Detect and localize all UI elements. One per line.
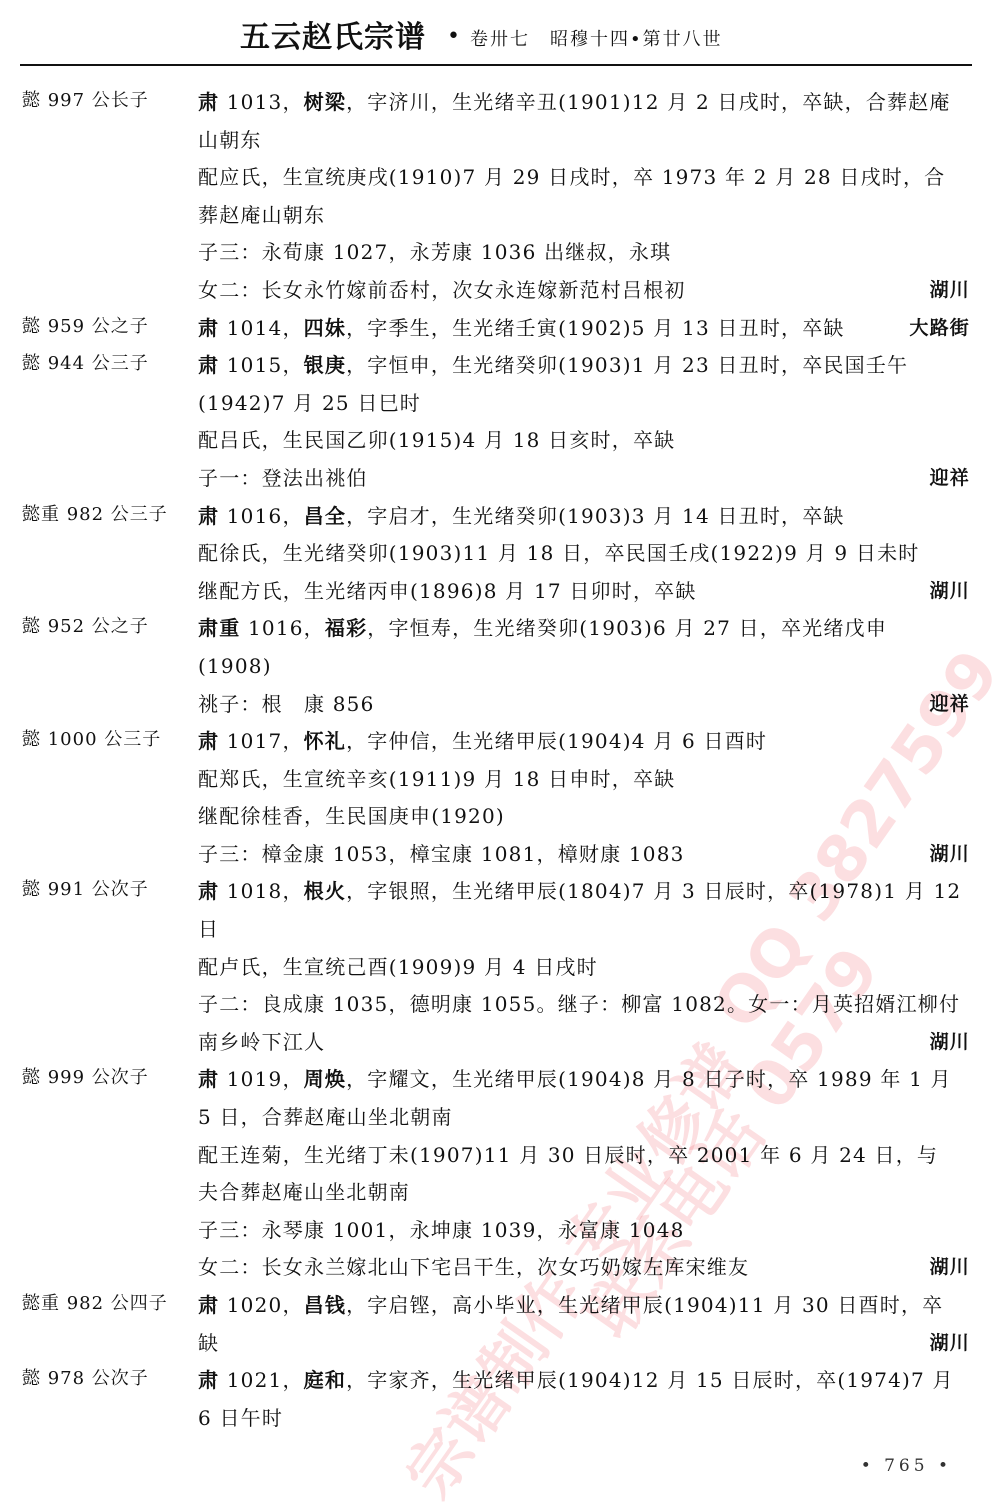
entry-body: 肃 1016，昌全，字启才，生光绪癸卯(1903)3 月 14 日丑时，卒缺配徐… [198,498,970,611]
entry-text: 女二：长女永兰嫁北山下宅吕干生，次女巧奶嫁左库宋维友 [198,1255,749,1279]
entry-text: 肃 1014，四妹，字季生，生光绪壬寅(1902)5 月 13 日丑时，卒缺 [198,316,845,340]
genealogy-entry: 懿 997 公长子肃 1013，树梁，字济川，生光绪辛丑(1901)12 月 2… [0,84,992,310]
location-label: 大路街 [909,310,970,348]
entry-body: 肃重 1016，福彩，字恒寿，生光绪癸卯(1903)6 月 27 日，卒光绪戊申… [198,610,970,723]
entry-line: 南乡岭下江人湖川 [198,1024,970,1062]
page-header: 五云赵氏宗谱 • 卷卅七 昭穆十四•第廿八世 [0,18,992,60]
entry-line: 肃 1016，昌全，字启才，生光绪癸卯(1903)3 月 14 日丑时，卒缺 [198,498,970,536]
entry-line: 配郑氏，生宣统辛亥(1911)9 月 18 日申时，卒缺 [198,761,970,799]
entry-text: (1908) [198,654,272,678]
entry-text: 日 [198,917,219,941]
entry-line: (1942)7 月 25 日巳时 [198,385,970,423]
entry-line: 肃 1017，怀礼，字仲信，生光绪甲辰(1904)4 月 6 日酉时 [198,723,970,761]
entry-text: 继配徐桂香，生民国庚申(1920) [198,804,505,828]
entry-text: 配徐氏，生光绪癸卯(1903)11 月 18 日，卒民国壬戌(1922)9 月 … [198,541,920,565]
entry-line: 肃 1020，昌钱，字启铿，高小毕业，生光绪甲辰(1904)11 月 30 日酉… [198,1287,970,1325]
entry-line: 日 [198,911,970,949]
title-separator: • [447,22,460,52]
entry-line: 6 日午时 [198,1400,970,1438]
entry-text: 5 日，合葬赵庵山坐北朝南 [198,1105,453,1129]
entry-text: 祧子：根 康 856 [198,692,375,716]
entry-text: 肃 1021，庭和，字家齐，生光绪甲辰(1904)12 月 15 日辰时，卒(1… [198,1368,954,1392]
entry-text: 继配方氏，生光绪丙申(1896)8 月 17 日卯时，卒缺 [198,579,697,603]
parent-reference: 懿 1000 公三子 [22,723,182,757]
entry-line: 肃 1013，树梁，字济川，生光绪辛丑(1901)12 月 2 日戌时，卒缺，合… [198,84,970,122]
entry-line: 子三：永荀康 1027，永芳康 1036 出继叔，永琪 [198,234,970,272]
genealogy-entry: 懿 999 公次子肃 1019，周焕，字耀文，生光绪甲辰(1904)8 月 8 … [0,1061,992,1287]
volume-subtitle: 卷卅七 昭穆十四•第廿八世 [470,26,723,54]
entry-line: 5 日，合葬赵庵山坐北朝南 [198,1099,970,1137]
entry-body: 肃 1014，四妹，字季生，生光绪壬寅(1902)5 月 13 日丑时，卒缺大路… [198,310,970,348]
entry-line: 祧子：根 康 856迎祥 [198,686,970,724]
genealogy-entries: 懿 997 公长子肃 1013，树梁，字济川，生光绪辛丑(1901)12 月 2… [0,84,992,1437]
book-title: 五云赵氏宗谱 [240,18,426,58]
location-label: 湖川 [930,1325,970,1363]
entry-line: 配王连菊，生光绪丁未(1907)11 月 30 日辰时，卒 2001 年 6 月… [198,1137,970,1175]
location-label: 湖川 [930,573,970,611]
entry-text: 配卢氏，生宣统己酉(1909)9 月 4 日戌时 [198,955,598,979]
entry-line: 肃 1018，根火，字银照，生光绪甲辰(1804)7 月 3 日辰时，卒(197… [198,873,970,911]
entry-text: 配吕氏，生民国乙卯(1915)4 月 18 日亥时，卒缺 [198,428,675,452]
parent-reference: 懿重 982 公三子 [22,498,182,532]
entry-line: 继配徐桂香，生民国庚申(1920) [198,798,970,836]
parent-reference: 懿 991 公次子 [22,873,182,907]
entry-text: 肃 1013，树梁，字济川，生光绪辛丑(1901)12 月 2 日戌时，卒缺，合… [198,90,951,114]
entry-text: 6 日午时 [198,1406,283,1430]
location-label: 湖川 [930,1024,970,1062]
genealogy-entry: 懿 952 公之子肃重 1016，福彩，字恒寿，生光绪癸卯(1903)6 月 2… [0,610,992,723]
parent-reference: 懿 959 公之子 [22,310,182,344]
parent-reference: 懿 999 公次子 [22,1061,182,1095]
entry-line: 子一：登法出祧伯迎祥 [198,460,970,498]
parent-reference: 懿 978 公次子 [22,1362,182,1396]
entry-line: 配应氏，生宣统庚戌(1910)7 月 29 日戌时，卒 1973 年 2 月 2… [198,159,970,197]
entry-text: 配应氏，生宣统庚戌(1910)7 月 29 日戌时，卒 1973 年 2 月 2… [198,165,945,189]
entry-line: 配徐氏，生光绪癸卯(1903)11 月 18 日，卒民国壬戌(1922)9 月 … [198,535,970,573]
entry-line: 继配方氏，生光绪丙申(1896)8 月 17 日卯时，卒缺湖川 [198,573,970,611]
entry-text: 南乡岭下江人 [198,1030,325,1054]
entry-line: 子三：樟金康 1053，樟宝康 1081，樟财康 1083湖川 [198,836,970,874]
entry-text: 子一：登法出祧伯 [198,466,368,490]
entry-line: 女二：长女永兰嫁北山下宅吕干生，次女巧奶嫁左库宋维友湖川 [198,1249,970,1287]
entry-text: 配郑氏，生宣统辛亥(1911)9 月 18 日申时，卒缺 [198,767,675,791]
entry-line: 夫合葬赵庵山坐北朝南 [198,1174,970,1212]
entry-body: 肃 1017，怀礼，字仲信，生光绪甲辰(1904)4 月 6 日酉时配郑氏，生宣… [198,723,970,873]
entry-line: 肃 1015，银庚，字恒申，生光绪癸卯(1903)1 月 23 日丑时，卒民国壬… [198,347,970,385]
entry-body: 肃 1013，树梁，字济川，生光绪辛丑(1901)12 月 2 日戌时，卒缺，合… [198,84,970,310]
entry-line: 葬赵庵山朝东 [198,197,970,235]
location-label: 迎祥 [930,686,970,724]
entry-body: 肃 1015，银庚，字恒申，生光绪癸卯(1903)1 月 23 日丑时，卒民国壬… [198,347,970,497]
parent-reference: 懿 944 公三子 [22,347,182,381]
entry-line: 山朝东 [198,122,970,160]
entry-line: 肃 1019，周焕，字耀文，生光绪甲辰(1904)8 月 8 日子时，卒 198… [198,1061,970,1099]
entry-text: 肃 1016，昌全，字启才，生光绪癸卯(1903)3 月 14 日丑时，卒缺 [198,504,845,528]
parent-reference: 懿 952 公之子 [22,610,182,644]
entry-text: 肃 1019，周焕，字耀文，生光绪甲辰(1904)8 月 8 日子时，卒 198… [198,1067,952,1091]
location-label: 湖川 [930,836,970,874]
genealogy-entry: 懿重 982 公四子肃 1020，昌钱，字启铿，高小毕业，生光绪甲辰(1904)… [0,1287,992,1362]
entry-line: 缺湖川 [198,1325,970,1363]
entry-line: 女二：长女永竹嫁前岙村，次女永连嫁新范村吕根初湖川 [198,272,970,310]
genealogy-entry: 懿 1000 公三子肃 1017，怀礼，字仲信，生光绪甲辰(1904)4 月 6… [0,723,992,873]
location-label: 湖川 [930,1249,970,1287]
entry-text: 子二：良成康 1035，德明康 1055。继子：柳富 1082。女一：月英招婿江… [198,992,960,1016]
genealogy-entry: 懿 978 公次子肃 1021，庭和，字家齐，生光绪甲辰(1904)12 月 1… [0,1362,992,1437]
entry-text: 女二：长女永竹嫁前岙村，次女永连嫁新范村吕根初 [198,278,686,302]
entry-text: 子三：樟金康 1053，樟宝康 1081，樟财康 1083 [198,842,685,866]
entry-text: 缺 [198,1331,219,1355]
entry-line: 肃重 1016，福彩，字恒寿，生光绪癸卯(1903)6 月 27 日，卒光绪戊申 [198,610,970,648]
entry-line: 子三：永琴康 1001，永坤康 1039，永富康 1048 [198,1212,970,1250]
entry-body: 肃 1019，周焕，字耀文，生光绪甲辰(1904)8 月 8 日子时，卒 198… [198,1061,970,1287]
entry-text: 肃 1020，昌钱，字启铿，高小毕业，生光绪甲辰(1904)11 月 30 日酉… [198,1293,943,1317]
entry-line: (1908) [198,648,970,686]
location-label: 湖川 [930,272,970,310]
entry-line: 配卢氏，生宣统己酉(1909)9 月 4 日戌时 [198,949,970,987]
entry-text: 肃 1017，怀礼，字仲信，生光绪甲辰(1904)4 月 6 日酉时 [198,729,767,753]
entry-text: 夫合葬赵庵山坐北朝南 [198,1180,410,1204]
genealogy-entry: 懿 991 公次子肃 1018，根火，字银照，生光绪甲辰(1804)7 月 3 … [0,873,992,1061]
entry-line: 肃 1021，庭和，字家齐，生光绪甲辰(1904)12 月 15 日辰时，卒(1… [198,1362,970,1400]
entry-line: 肃 1014，四妹，字季生，生光绪壬寅(1902)5 月 13 日丑时，卒缺大路… [198,310,970,348]
entry-body: 肃 1021，庭和，字家齐，生光绪甲辰(1904)12 月 15 日辰时，卒(1… [198,1362,970,1437]
genealogy-entry: 懿 959 公之子肃 1014，四妹，字季生，生光绪壬寅(1902)5 月 13… [0,310,992,348]
entry-text: 葬赵庵山朝东 [198,203,325,227]
entry-body: 肃 1018，根火，字银照，生光绪甲辰(1804)7 月 3 日辰时，卒(197… [198,873,970,1061]
entry-text: (1942)7 月 25 日巳时 [198,391,421,415]
genealogy-entry: 懿 944 公三子肃 1015，银庚，字恒申，生光绪癸卯(1903)1 月 23… [0,347,992,497]
entry-line: 子二：良成康 1035，德明康 1055。继子：柳富 1082。女一：月英招婿江… [198,986,970,1024]
entry-text: 山朝东 [198,128,262,152]
entry-text: 肃 1018，根火，字银照，生光绪甲辰(1804)7 月 3 日辰时，卒(197… [198,879,961,903]
parent-reference: 懿 997 公长子 [22,84,182,118]
parent-reference: 懿重 982 公四子 [22,1287,182,1321]
entry-text: 配王连菊，生光绪丁未(1907)11 月 30 日辰时，卒 2001 年 6 月… [198,1143,938,1167]
genealogy-entry: 懿重 982 公三子肃 1016，昌全，字启才，生光绪癸卯(1903)3 月 1… [0,498,992,611]
location-label: 迎祥 [930,460,970,498]
page-number: • 765 • [861,1456,952,1476]
entry-text: 子三：永荀康 1027，永芳康 1036 出继叔，永琪 [198,240,671,264]
entry-line: 配吕氏，生民国乙卯(1915)4 月 18 日亥时，卒缺 [198,422,970,460]
entry-text: 子三：永琴康 1001，永坤康 1039，永富康 1048 [198,1218,685,1242]
header-rule [20,64,972,66]
entry-body: 肃 1020，昌钱，字启铿，高小毕业，生光绪甲辰(1904)11 月 30 日酉… [198,1287,970,1362]
entry-text: 肃 1015，银庚，字恒申，生光绪癸卯(1903)1 月 23 日丑时，卒民国壬… [198,353,908,377]
entry-text: 肃重 1016，福彩，字恒寿，生光绪癸卯(1903)6 月 27 日，卒光绪戊申 [198,616,887,640]
